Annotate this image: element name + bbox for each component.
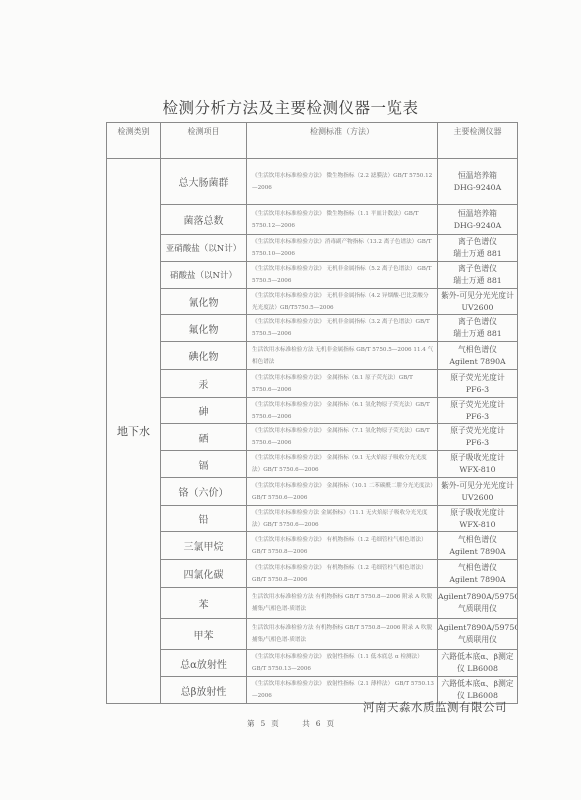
instrument-model: Agilent 7890A [438,356,517,368]
instrument-name: 原子吸收光度计 [438,507,517,519]
instrument-name: 六路低本底α、β测定 [438,678,517,690]
item-cell: 铬（六价） [161,478,247,506]
instrument-name: 原子荧光光度计 [438,372,517,384]
item-cell: 汞 [161,370,247,398]
table-row: 铬（六价）《生活饮用水标准检验方法》 金属指标（10.1 二苯碳酰二肼分光光度法… [107,478,518,506]
page-title: 检测分析方法及主要检测仪器一览表 [0,96,581,118]
item-cell: 甲苯 [161,619,247,650]
table-row: 氟化物《生活饮用水标准检验方法》 无机非金属指标（3.2 离子色谱法）GB/T … [107,315,518,342]
table-row: 氰化物《生活饮用水标准检验方法》 无机非金属指标（4.2 异烟酸-巴比妥酸分光光… [107,289,518,315]
instrument-model: PF6-3 [438,384,517,396]
instrument-name: 紫外-可见分光光度计 [438,480,517,492]
table-row: 硝酸盐（以N计）《生活饮用水标准检验方法》 无机非金属指标（5.2 离子色谱法）… [107,262,518,289]
table-row: 地下水总大肠菌群《生活饮用水标准检验方法》 微生物指标（2.2 滤膜法）GB/T… [107,159,518,205]
instrument-cell: 气相色谱仪Agilent 7890A [438,532,518,560]
method-cell: 《生活饮用水标准检验方法》 无机非金属指标（4.2 异烟酸-巴比妥酸分光光度法）… [247,289,438,315]
instrument-cell: 恒温培养箱DHG-9240A [438,205,518,235]
table-header-row: 检测类别 检测项目 检测标准（方法） 主要检测仪器 [107,123,518,159]
instrument-model: 瑞士万通 881 [438,275,517,287]
instrument-model: Agilent 7890A [438,546,517,558]
method-cell: 《生活饮用水标准检验方法》 有机物指标（1.2 毛细管柱气相色谱法）GB/T 5… [247,560,438,588]
instrument-model: 气质联用仪 [438,603,517,615]
table-row: 三氯甲烷《生活饮用水标准检验方法》 有机物指标（1.2 毛细管柱气相色谱法）GB… [107,532,518,560]
methods-instruments-table: 检测类别 检测项目 检测标准（方法） 主要检测仪器 地下水总大肠菌群《生活饮用水… [106,122,518,704]
table-row: 碘化物生活饮用水标准检验方法 无机非金属指标 GB/T 5750.5—2006 … [107,342,518,370]
instrument-cell: 气相色谱仪Agilent 7890A [438,560,518,588]
table-row: 汞《生活饮用水标准检验方法》 金属指标（8.1 原子荧光法）GB/T 5750.… [107,370,518,398]
method-cell: 《生活饮用水标准检验方法》 微生物指标（1.1 平皿计数法）GB/T 5750.… [247,205,438,235]
instrument-name: 恒温培养箱 [438,170,517,182]
instrument-model: 仪 LB6008 [438,663,517,675]
instrument-model: UV2600 [438,492,517,504]
instrument-cell: 原子吸收光度计WFX-810 [438,451,518,478]
instrument-cell: 气相色谱仪Agilent 7890A [438,342,518,370]
item-cell: 苯 [161,588,247,619]
table-row: 硒《生活饮用水标准检验方法》 金属指标（7.1 氢化物原子荧光法）GB/T 57… [107,424,518,451]
method-cell: 《生活饮用水标准检验方法 金属指标》（11.1 无火焰原子吸收分光光度法）GB/… [247,506,438,532]
item-cell: 碘化物 [161,342,247,370]
instrument-cell: 离子色谱仪瑞士万通 881 [438,315,518,342]
item-cell: 砷 [161,398,247,424]
method-cell: 《生活饮用水标准检验方法》 金属指标（9.1 无火焰原子吸收分光光度法）GB/T… [247,451,438,478]
instrument-model: 气质联用仪 [438,634,517,646]
instrument-model: WFX-810 [438,464,517,476]
instrument-model: PF6-3 [438,411,517,423]
method-cell: 《生活饮用水标准检验方法》 金属指标（7.1 氢化物原子荧光法）GB/T 575… [247,424,438,451]
instrument-cell: Agilent7890A/5975C气质联用仪 [438,619,518,650]
page-unit: 页 [271,719,279,728]
instrument-cell: 恒温培养箱DHG-9240A [438,159,518,205]
header-standard-method: 检测标准（方法） [247,123,438,159]
item-cell: 氰化物 [161,289,247,315]
instrument-model: 瑞士万通 881 [438,328,517,340]
instrument-cell: 离子色谱仪瑞士万通 881 [438,235,518,262]
instrument-cell: 原子吸收光度计WFX-810 [438,506,518,532]
table-row: 砷《生活饮用水标准检验方法》 金属指标（6.1 氢化物原子荧光法）GB/T 57… [107,398,518,424]
instrument-name: Agilent7890A/5975C [438,591,517,603]
company-name: 河南天淼水质监测有限公司 [363,699,507,715]
instrument-name: 原子荧光光度计 [438,425,517,437]
total-unit: 页 [327,719,335,728]
instrument-cell: 原子荧光光度计PF6-3 [438,370,518,398]
instrument-model: 瑞士万通 881 [438,248,517,260]
instrument-name: 紫外-可见分光光度计 [438,290,517,302]
instrument-name: 气相色谱仪 [438,534,517,546]
instrument-cell: 离子色谱仪瑞士万通 881 [438,262,518,289]
item-cell: 三氯甲烷 [161,532,247,560]
method-cell: 《生活饮用水标准检验方法》 无机非金属指标（3.2 离子色谱法）GB/T 575… [247,315,438,342]
method-cell: 生活饮用水标准检验方法 无机非金属指标 GB/T 5750.5—2006 11.… [247,342,438,370]
instrument-cell: 原子荧光光度计PF6-3 [438,424,518,451]
instrument-name: 离子色谱仪 [438,236,517,248]
page-prefix: 第 [247,719,255,728]
table-row: 菌落总数《生活饮用水标准检验方法》 微生物指标（1.1 平皿计数法）GB/T 5… [107,205,518,235]
table-row: 四氯化碳《生活饮用水标准检验方法》 有机物指标（1.2 毛细管柱气相色谱法）GB… [107,560,518,588]
page-total: 6 [316,719,321,728]
instrument-cell: 紫外-可见分光光度计UV2600 [438,478,518,506]
table-row: 甲苯生活饮用水标准检验方法 有机物指标 GB/T 5750.8—2006 附录 … [107,619,518,650]
method-cell: 《生活饮用水标准检验方法》 微生物指标（2.2 滤膜法）GB/T 5750.12… [247,159,438,205]
item-cell: 菌落总数 [161,205,247,235]
item-cell: 硒 [161,424,247,451]
method-cell: 生活饮用水标准检验方法 有机物指标 GB/T 5750.8—2006 附录 A … [247,588,438,619]
method-cell: 《生活饮用水标准检验方法》 无机非金属指标（5.2 离子色谱法） GB/T 57… [247,262,438,289]
instrument-model: DHG-9240A [438,220,517,232]
instrument-name: 原子吸收光度计 [438,452,517,464]
item-cell: 总β放射性 [161,677,247,704]
header-category: 检测类别 [107,123,161,159]
table-row: 亚硝酸盐（以N计）《生活饮用水标准检验方法》消毒副产物指标（13.2 离子色谱法… [107,235,518,262]
item-cell: 氟化物 [161,315,247,342]
method-cell: 生活饮用水标准检验方法 有机物指标 GB/T 5750.8—2006 附录 A … [247,619,438,650]
method-cell: 《生活饮用水标准检验方法》 金属指标（10.1 二苯碳酰二肼分光光度法）GB/T… [247,478,438,506]
instrument-cell: Agilent7890A/5975C气质联用仪 [438,588,518,619]
instrument-name: 气相色谱仪 [438,344,517,356]
total-prefix: 共 [302,719,310,728]
instrument-model: DHG-9240A [438,182,517,194]
item-cell: 硝酸盐（以N计） [161,262,247,289]
method-cell: 《生活饮用水标准检验方法》 金属指标（6.1 氢化物原子荧光法）GB/T 575… [247,398,438,424]
instrument-name: 原子荧光光度计 [438,399,517,411]
instrument-name: 恒温培养箱 [438,208,517,220]
item-cell: 总大肠菌群 [161,159,247,205]
method-cell: 《生活饮用水标准检验方法》 金属指标（8.1 原子荧光法）GB/T 5750.6… [247,370,438,398]
category-cell: 地下水 [107,159,161,704]
item-cell: 镉 [161,451,247,478]
table-row: 铅《生活饮用水标准检验方法 金属指标》（11.1 无火焰原子吸收分光光度法）GB… [107,506,518,532]
method-cell: 《生活饮用水标准检验方法》消毒副产物指标（13.2 离子色谱法）GB/T 575… [247,235,438,262]
table-row: 总α放射性《生活饮用水标准检验方法》 放射性指标（1.1 低本底总 α 检测法）… [107,650,518,677]
instrument-cell: 六路低本底α、β测定仪 LB6008 [438,650,518,677]
method-cell: 《生活饮用水标准检验方法》 有机物指标（1.2 毛细管柱气相色谱法）GB/T 5… [247,532,438,560]
instrument-model: UV2600 [438,302,517,314]
table-row: 镉《生活饮用水标准检验方法》 金属指标（9.1 无火焰原子吸收分光光度法）GB/… [107,451,518,478]
header-item: 检测项目 [161,123,247,159]
instrument-cell: 原子荧光光度计PF6-3 [438,398,518,424]
page-number: 第5页 共6页 [0,718,581,729]
item-cell: 亚硝酸盐（以N计） [161,235,247,262]
instrument-name: 气相色谱仪 [438,562,517,574]
header-instrument: 主要检测仪器 [438,123,518,159]
table-row: 苯生活饮用水标准检验方法 有机物指标 GB/T 5750.8—2006 附录 A… [107,588,518,619]
instrument-name: 离子色谱仪 [438,316,517,328]
item-cell: 总α放射性 [161,650,247,677]
page-current: 5 [260,719,265,728]
instrument-name: 六路低本底α、β测定 [438,651,517,663]
instrument-model: PF6-3 [438,437,517,449]
instrument-name: Agilent7890A/5975C [438,622,517,634]
instrument-model: WFX-810 [438,519,517,531]
instrument-cell: 紫外-可见分光光度计UV2600 [438,289,518,315]
method-cell: 《生活饮用水标准检验方法》 放射性指标（1.1 低本底总 α 检测法）GB/T … [247,650,438,677]
item-cell: 四氯化碳 [161,560,247,588]
instrument-model: Agilent 7890A [438,574,517,586]
instrument-name: 离子色谱仪 [438,263,517,275]
item-cell: 铅 [161,506,247,532]
